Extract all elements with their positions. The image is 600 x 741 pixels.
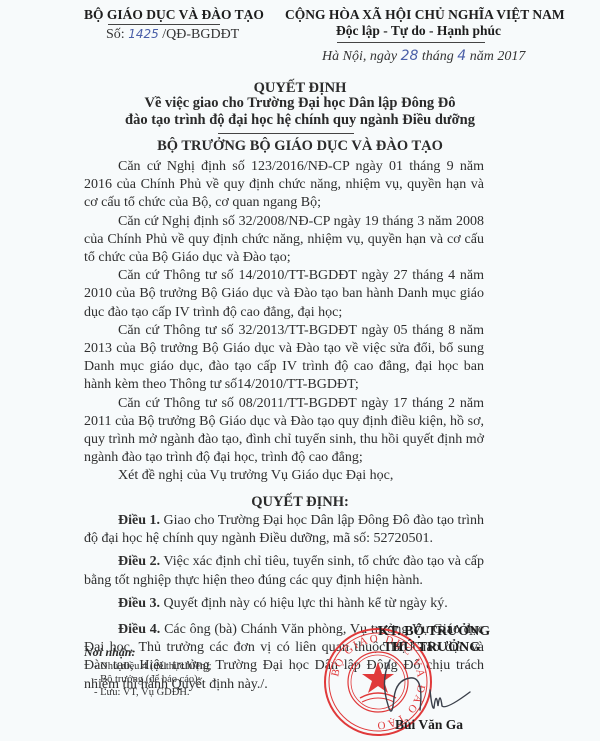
legal-basis-item: Căn cứ Thông tư số 14/2010/TT-BGDĐT ngày… (84, 267, 484, 322)
agency-underline (108, 24, 220, 25)
recipient-item: - Bộ trưởng (để báo cáo); (94, 674, 201, 685)
article-3: Điều 3. Quyết định này có hiệu lực thi h… (84, 595, 484, 613)
article-1: Điều 1. Giao cho Trường Đại học Dân lập … (84, 512, 484, 548)
legal-basis-item: Căn cứ Nghị định số 123/2016/NĐ-CP ngày … (84, 158, 484, 213)
date-month-label: tháng (418, 49, 457, 64)
recipients-title: Nơi nhận: (84, 645, 135, 660)
article-label: Điều 1. (118, 513, 160, 528)
recipient-item: - Như điều 4 (để thực hiện); (94, 661, 212, 672)
motto-underline (337, 42, 485, 43)
legal-basis-item: Xét đề nghị của Vụ trưởng Vụ Giáo dục Đạ… (84, 467, 484, 485)
legal-basis-section: Căn cứ Nghị định số 123/2016/NĐ-CP ngày … (84, 158, 484, 486)
title-divider (218, 133, 354, 134)
issue-date: Hà Nội, ngày 28 tháng 4 năm 2017 (322, 48, 525, 65)
decision-heading: QUYẾT ĐỊNH: (0, 494, 600, 511)
decision-document: BỘ GIÁO DỤC VÀ ĐÀO TẠO Số: 1425 /QĐ-BGDĐ… (0, 0, 600, 741)
issuing-authority: BỘ TRƯỞNG BỘ GIÁO DỤC VÀ ĐÀO TẠO (0, 138, 600, 155)
article-label: Điều 3. (118, 596, 160, 611)
date-day-handwritten: 28 (401, 48, 419, 64)
date-year: năm 2017 (466, 49, 525, 64)
doc-number-suffix: /QĐ-BGDĐT (159, 27, 240, 42)
article-text: Quyết định này có hiệu lực thi hành kể t… (160, 596, 448, 611)
nation-name: CỘNG HÒA XÃ HỘI CHỦ NGHĨA VIỆT NAM (285, 7, 565, 23)
doc-number-handwritten: 1425 (128, 27, 159, 41)
legal-basis-item: Căn cứ Nghị định số 32/2008/NĐ-CP ngày 1… (84, 213, 484, 268)
document-number: Số: 1425 /QĐ-BGDĐT (106, 27, 239, 43)
signature-title-1: KT. BỘ TRƯỞNG (378, 624, 490, 640)
subject-line-1: Về việc giao cho Trường Đại học Dân lập … (0, 95, 600, 112)
legal-basis-item: Căn cứ Thông tư số 32/2013/TT-BGDĐT ngày… (84, 322, 484, 395)
article-2: Điều 2. Việc xác định chỉ tiêu, tuyển si… (84, 553, 484, 589)
doc-number-prefix: Số: (106, 27, 128, 42)
issuing-agency: BỘ GIÁO DỤC VÀ ĐÀO TẠO (84, 7, 264, 23)
legal-basis-item: Căn cứ Thông tư số 08/2011/TT-BGDĐT ngày… (84, 395, 484, 468)
article-label: Điều 4. (118, 622, 160, 637)
subject-line-2: đào tạo trình độ đại học hệ chính quy ng… (0, 112, 600, 129)
date-place: Hà Nội, ngày (322, 49, 401, 64)
signer-name: Bùi Văn Ga (395, 717, 463, 733)
article-label: Điều 2. (118, 554, 160, 569)
national-motto: Độc lập - Tự do - Hạnh phúc (336, 23, 501, 39)
recipient-item: - Lưu: VT, Vụ GDĐH. (94, 687, 190, 698)
date-month-handwritten: 4 (457, 48, 466, 64)
